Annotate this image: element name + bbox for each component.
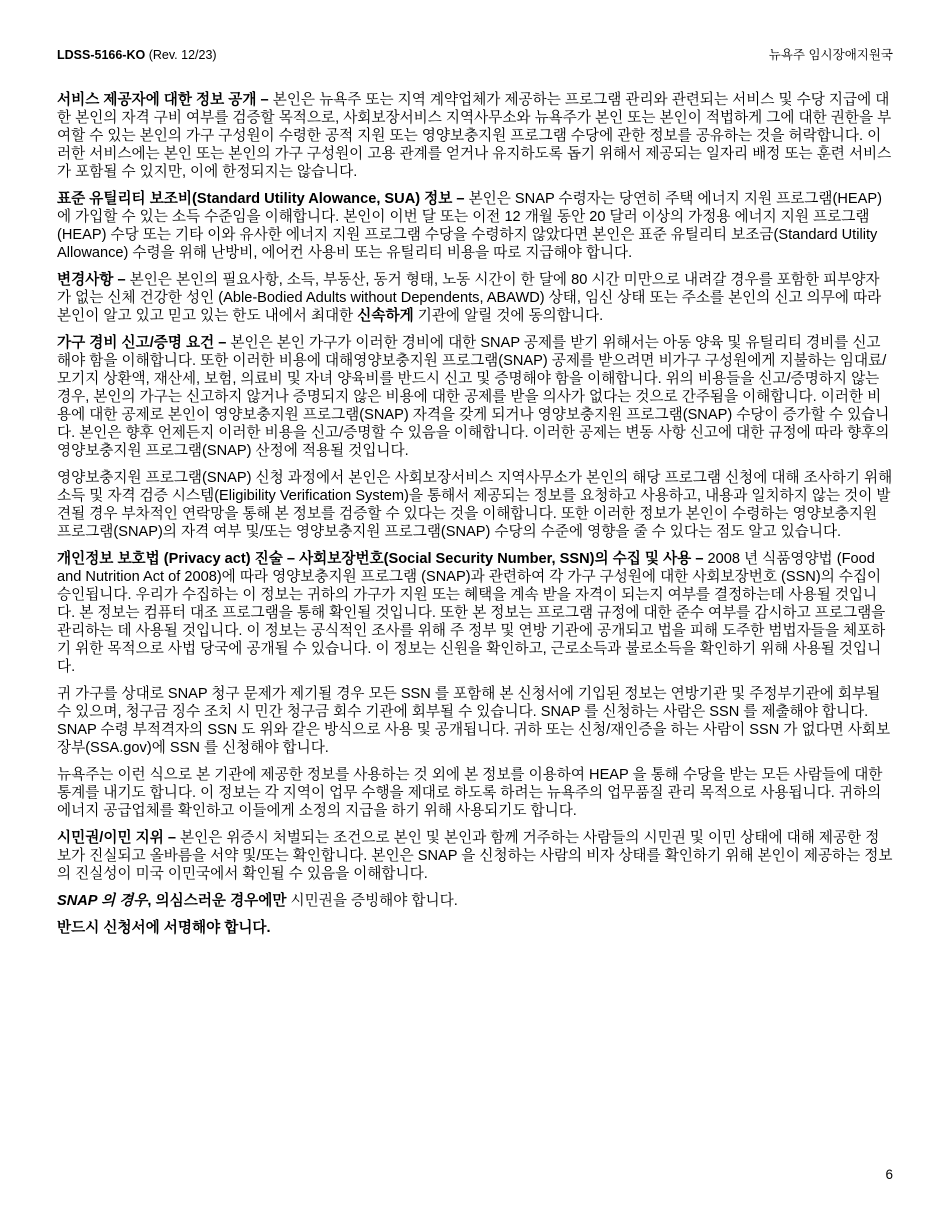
snap-citizenship-note-lead: SNAP 의 경우 [57,893,147,909]
heading-service-provider-disclosure: 서비스 제공자에 대한 정보 공개 – [57,92,269,108]
paragraph-standard-utility-allowance: 표준 유틸리티 보조비(Standard Utility Alowance, S… [57,190,893,262]
must-sign-application-text: 반드시 신청서에 서명해야 합니다. [57,920,271,936]
body-citizenship-immigration-status: 본인은 위증시 처벌되는 조건으로 본인 및 본인과 함께 거주하는 사람들의 … [57,830,893,882]
paragraph-service-provider-disclosure: 서비스 제공자에 대한 정보 공개 – 본인은 뉴욕주 또는 지역 계약업체가 … [57,91,893,181]
page-header: LDSS-5166-KO (Rev. 12/23) 뉴욕주 임시장애지원국 [57,48,893,63]
heading-standard-utility-allowance: 표준 유틸리티 보조비(Standard Utility Alowance, S… [57,191,465,207]
paragraph-snap-application-verification: 영양보충지원 프로그램(SNAP) 신청 과정에서 본인은 사회보장서비스 지역… [57,469,893,541]
paragraph-must-sign-application: 반드시 신청서에 서명해야 합니다. [57,919,893,937]
paragraph-citizenship-immigration-status: 시민권/이민 지위 – 본인은 위증시 처벌되는 조건으로 본인 및 본인과 함… [57,829,893,883]
paragraph-household-expense-reporting: 가구 경비 신고/증명 요건 – 본인은 본인 가구가 이러한 경비에 대한 S… [57,334,893,460]
form-revision: (Rev. 12/23) [145,48,216,62]
heading-privacy-act-statement: 개인정보 보호법 (Privacy act) 진술 – 사회보장번호(Socia… [57,551,703,567]
heading-changes: 변경사항 – [57,272,126,288]
paragraph-snap-citizenship-proof-note: SNAP 의 경우, 의심스러운 경우에만 시민권을 증빙해야 합니다. [57,892,893,910]
paragraph-privacy-act-statement: 개인정보 보호법 (Privacy act) 진술 – 사회보장번호(Socia… [57,550,893,676]
form-id: LDSS-5166-KO [57,48,145,62]
body-household-expense-reporting: 본인은 본인 가구가 이러한 경비에 대한 SNAP 공제를 받기 위해서는 아… [57,335,889,459]
body-snap-claims-ssn-referral: 귀 가구를 상대로 SNAP 청구 문제가 제기될 경우 모든 SSN 를 포함… [57,686,890,756]
document-page: LDSS-5166-KO (Rev. 12/23) 뉴욕주 임시장애지원국 서비… [0,0,950,1230]
body-snap-application-verification: 영양보충지원 프로그램(SNAP) 신청 과정에서 본인은 사회보장서비스 지역… [57,470,892,540]
body-nys-heap-statistics-use: 뉴욕주는 이런 식으로 본 기관에 제공한 정보를 사용하는 것 외에 본 정보… [57,767,882,819]
heading-household-expense-reporting: 가구 경비 신고/증명 요건 – [57,335,226,351]
page-number: 6 [885,1166,893,1184]
form-identifier: LDSS-5166-KO (Rev. 12/23) [57,48,217,63]
snap-citizenship-note-rest: 시민권을 증빙해야 합니다. [286,893,457,909]
paragraph-changes: 변경사항 – 본인은 본인의 필요사항, 소득, 부동산, 동거 형태, 노동 … [57,271,893,325]
paragraph-nys-heap-statistics-use: 뉴욕주는 이런 식으로 본 기관에 제공한 정보를 사용하는 것 외에 본 정보… [57,766,893,820]
body-privacy-act-statement: 2008 년 식품영양법 (Food and Nutrition Act of … [57,551,885,675]
body-changes-2: 기관에 알릴 것에 동의합니다. [414,308,603,324]
body-changes-emphasis: 신속하게 [357,308,413,324]
paragraph-snap-claims-ssn-referral: 귀 가구를 상대로 SNAP 청구 문제가 제기될 경우 모든 SSN 를 포함… [57,685,893,757]
agency-name: 뉴욕주 임시장애지원국 [769,48,893,63]
heading-citizenship-immigration-status: 시민권/이민 지위 – [57,830,176,846]
snap-citizenship-note-emphasis: , 의심스러운 경우에만 [147,893,286,909]
